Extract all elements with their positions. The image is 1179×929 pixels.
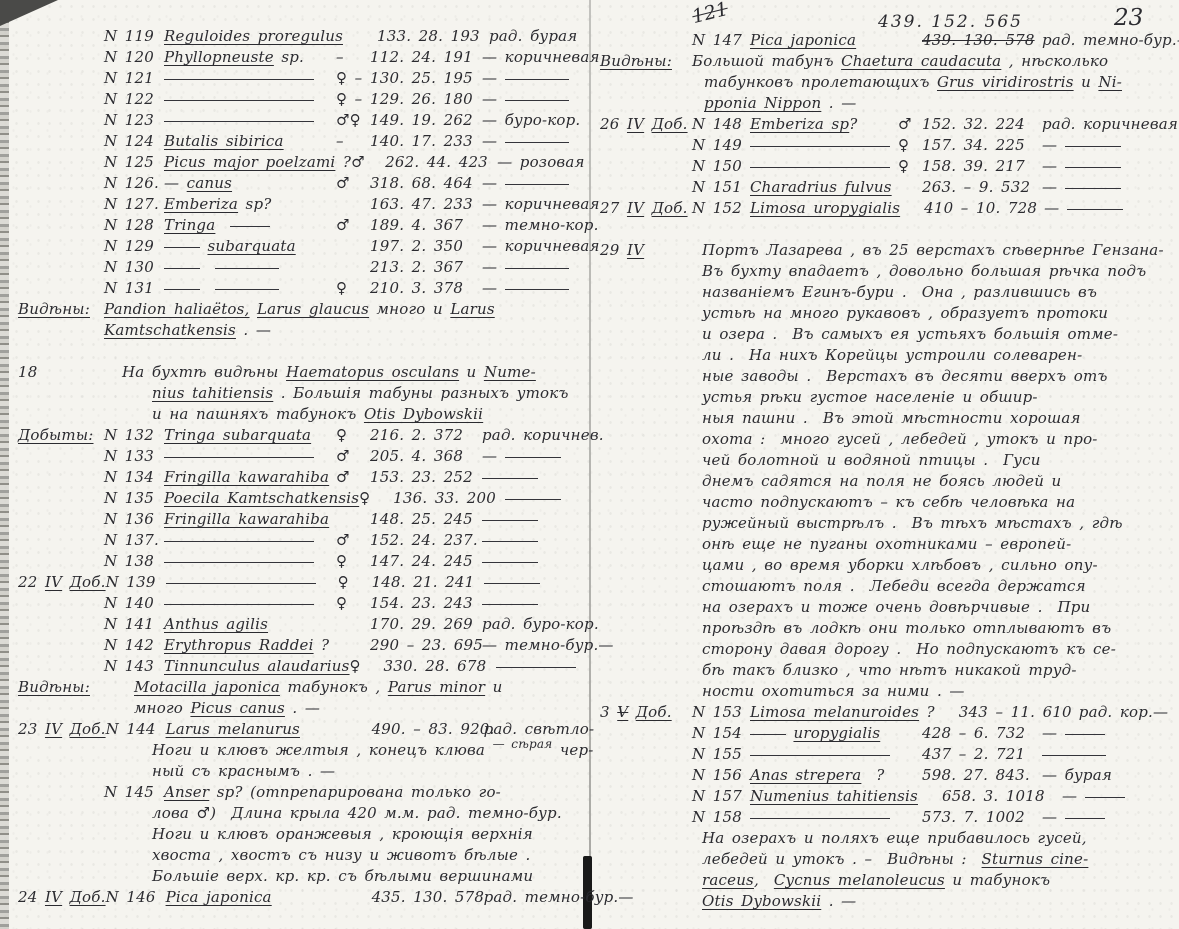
measurements: 290 – 23. 695 [370,635,482,656]
ditto-mark [505,287,569,290]
journal-text: на озерахъ и тоже очень довѣрчивые . При [692,597,1176,618]
ditto-mark [750,732,786,735]
species-name [164,551,336,572]
text-segment: 23 [18,720,45,738]
journal-line: N 150♀158. 39. 217— [598,156,1176,177]
measurements: 263. – 9. 532 [922,177,1042,198]
text-segment: 170. 29. 269 [370,615,473,633]
text-segment: ? [314,636,330,654]
text-segment: 262. 44. 423 [385,153,488,171]
plumage-color-note [482,593,590,614]
specimen-number: N 120 [104,47,164,68]
ditto-mark [164,119,314,122]
sex-symbol: ♀ [336,278,370,299]
underlined-text: Fringilla kawarahiba [164,468,329,486]
text-segment: N 149 [692,136,742,154]
specimen-number: N 151 [692,177,750,198]
text-segment: N 130 [104,258,154,276]
ditto-mark [164,560,314,563]
text-segment: — [482,132,505,150]
journal-line: Большіе верх. кр. кр. съ бѣлыми вершинам… [14,866,590,887]
plumage-color-note [496,656,590,677]
text-segment: ♀ [338,573,349,591]
underlined-text: uropygialis [793,724,880,742]
journal-line: N 142Erythropus Raddei ?290 – 23. 695— т… [14,635,590,656]
journal-text: хвоста , хвостъ съ низу и животъ бѣлые . [104,845,590,866]
text-segment: на озерахъ и тоже очень довѣрчивые . При [702,598,1090,616]
journal-text: и озера . Въ самыхъ ея устьяхъ большія о… [692,324,1176,345]
plumage-color-note: — темно-бур.— [482,635,614,656]
text-segment: табунковъ пролетающихъ [704,73,937,91]
text-segment: лова ♂) Длина крыла 420 м.м. рад. темно-… [152,804,562,822]
text-segment [644,115,651,133]
ditto-mark [1042,753,1106,756]
measurements: 435. 130. 578 [372,887,484,908]
text-segment [644,199,651,217]
text-segment: ? [919,703,935,721]
measurements: 149. 19. 262 [370,110,482,131]
text-segment: охота : много гусей , лебедей , утокъ и … [702,430,1098,448]
text-segment: ♀ [336,279,347,297]
ditto-mark [750,144,890,147]
ditto-mark [1067,207,1123,210]
text-segment [250,300,257,318]
text-segment: 205. 4. 368 [370,447,463,465]
journal-line: чей болотной и водяной птицы . Гуси [598,450,1176,471]
plumage-color-note: — коричневая [482,194,600,215]
plumage-color-note: — [482,173,590,194]
specimen-number: N 147 [692,30,750,51]
underlined-text: Доб. [652,199,688,217]
text-segment: 410 – 10. 728 [924,199,1037,217]
underlined-text: — сѣрая [493,737,553,751]
text-segment: 573. 7. 1002 [922,808,1025,826]
journal-text: устьѣ на много рукавовъ , образуетъ прот… [692,303,1176,324]
journal-text: На бухтѣ видѣны Haematopus osculans и Nu… [104,362,590,383]
text-segment: и озера . Въ самыхъ ея устьяхъ большія о… [702,325,1118,343]
journal-line: ныя пашни . Въ этой мѣстности хорошая [598,408,1176,429]
measurements: 153. 23. 252 [370,467,482,488]
species-name: Charadrius fulvus [750,177,898,198]
journal-line: N 154 uropygialis428 – 6. 732— [598,723,1176,744]
specimen-number: N 138 [104,551,164,572]
plumage-color-note: рад. темно-бур.— [1042,30,1179,51]
journal-text: Въ бухту впадаетъ , довольно большая рѣч… [692,261,1176,282]
journal-line: устья рѣки густое населеніе и обшир- [598,387,1176,408]
ditto-mark [164,539,314,542]
plumage-color-note: рад. бурая [489,26,590,47]
ditto-mark [215,266,279,269]
margin-date-label: 23 IV Доб. [14,719,106,740]
underlined-text: Emberiza sp [750,115,849,133]
underlined-text: V [617,703,628,721]
specimen-number: N 154 [692,723,750,744]
underlined-text: Motacilla japonica [134,678,280,696]
specimen-number: N 150 [692,156,750,177]
specimen-number: N 158 [692,807,750,828]
sex-symbol: ♀ [898,156,922,177]
text-segment: цами , во время уборки хлѣбовъ , сильно … [702,556,1098,574]
text-segment: sp? [238,195,271,213]
measurements: 129. 26. 180 [370,89,482,110]
measurements: 598. 27. 843. [922,765,1042,786]
ditto-mark [505,266,569,269]
ditto-mark [482,560,538,563]
measurements: 189. 4. 367 [370,215,482,236]
journal-line: N 141Anthus agilis170. 29. 269рад. буро-… [14,614,590,635]
journal-line: 27 IV Доб.N 152Limosa uropygialis410 – 1… [598,198,1176,219]
journal-line: N 145Anser sp? (отпрепарирована только г… [14,782,590,803]
journal-line: лебедей и утокъ . – Видѣны : Sturnus cin… [598,849,1176,870]
journal-line: N 137.♂152. 24. 237. [14,530,590,551]
ditto-mark [164,455,314,458]
journal-line: raceus, Cycnus melanoleucus и табунокъ [598,870,1176,891]
specimen-number: N 123 [104,110,164,131]
text-segment: , нѣсколько [1001,52,1108,70]
text-segment: N 154 [692,724,742,742]
text-segment: , [754,871,774,889]
text-segment: — [482,447,505,465]
text-segment: ли . На нихъ Корейцы устроили солеварен- [702,346,1082,364]
text-segment: ♀ – [336,69,362,87]
journal-text: табунковъ пролетающихъ Grus viridirostri… [692,72,1176,93]
text-segment: ♀ [336,594,347,612]
underlined-text: Доб. [652,115,688,133]
text-segment: 216. 2. 372 [370,426,463,444]
text-segment: На бухтѣ видѣны [122,363,286,381]
text-segment: . — [821,892,856,910]
journal-line: N 122♀ –129. 26. 180— [14,89,590,110]
journal-line [598,219,1176,240]
journal-text: бѣ такъ близко , что нѣтъ никакой труд- [692,660,1176,681]
specimen-number: N 140 [104,593,164,614]
measurements: 205. 4. 368 [370,446,482,467]
journal-line: N 121♀ –130. 25. 195— [14,68,590,89]
journal-text: онѣ еще не пуганы охотниками – европей- [692,534,1176,555]
ditto-mark [164,266,200,269]
text-segment: — буро-кор. [482,111,580,129]
text-segment [62,573,69,591]
text-segment: 330. 28. 678 [384,657,487,675]
sex-symbol: ♀ [359,488,393,509]
measurements: 157. 34. 225 [922,135,1042,156]
species-name: Erythropus Raddei ? [164,635,336,656]
right-page: N 147Pica japonica439. 130. 578рад. темн… [598,30,1176,912]
measurements: 148. 21. 241 [372,572,484,593]
species-name: Limosa uropygialis [750,198,900,219]
text-segment: N 156 [692,766,742,784]
journal-line: Видѣны:Pandion haliaëtos, Larus glaucus … [14,299,590,320]
journal-text: днемъ садятся на поля не боясь людей и [692,471,1176,492]
journal-line: N 125Picus major poelzami ?♂262. 44. 423… [14,152,590,173]
ditto-mark [505,455,561,458]
text-segment: 129. 26. 180 [370,90,473,108]
journal-text: сторону давая дорогу . Но подпускаютъ къ… [692,639,1176,660]
underlined-text: IV [45,888,62,906]
underlined-text: IV [627,199,644,217]
text-segment: — [482,174,505,192]
underlined-text: pponia Nippon [704,94,821,112]
text-segment: 263. – 9. 532 [922,178,1030,196]
text-segment [62,888,69,906]
underlined-text: Limosa uropygialis [750,199,900,217]
text-segment: ? [335,153,351,171]
ditto-mark [505,98,569,101]
text-segment: и [485,678,502,696]
text-segment: ныя пашни . Въ этой мѣстности хорошая [702,409,1081,427]
journal-text: часто подпускаютъ – къ себѣ человѣка на [692,492,1176,513]
journal-text: Большіе верх. кр. кр. съ бѣлыми вершинам… [104,866,590,887]
text-segment: — розовая [497,153,585,171]
ditto-mark [484,581,540,584]
ditto-mark [505,182,569,185]
text-segment: — темно-кор. [482,216,599,234]
text-segment: 22 [18,573,45,591]
text-segment: N 141 [104,615,154,633]
species-name [750,156,898,177]
journal-line: N 135Poecila Kamtschatkensis♀136. 33. 20… [14,488,590,509]
underlined-text: Haematopus osculans [286,363,459,381]
underlined-text: Kamtschatkensis [104,321,236,339]
plumage-color-note: — розовая [497,152,590,173]
text-segment: N 136 [104,510,154,528]
sex-symbol: ♀ [336,551,370,572]
text-segment: N 158 [692,808,742,826]
sex-symbol: ♀ – [336,89,370,110]
margin-date-label: 27 IV Доб. [598,198,692,219]
text-segment: ♂ [336,468,350,486]
underlined-text: Poecila Kamtschatkensis [164,489,359,507]
text-segment: N 151 [692,178,742,196]
text-segment [215,216,230,234]
journal-line: N 157Numenius tahitiensis658. 3. 1018— [598,786,1176,807]
specimen-number: N 131 [104,278,164,299]
sex-symbol: ♂♀ [336,110,370,131]
plumage-color-note: — [482,131,590,152]
specimen-number: N 137. [104,530,164,551]
text-segment: ♂ [898,115,912,133]
underlined-text: Доб. [636,703,672,721]
text-segment: 133. 28. 193 [377,27,480,45]
underlined-text: nius tahitiensis [152,384,273,402]
text-segment: рад. свѣтло- [484,720,595,738]
journal-line: онѣ еще не пуганы охотниками – европей- [598,534,1176,555]
specimen-number: N 153 [692,702,750,723]
underlined-text: IV [45,573,62,591]
journal-text: pponia Nippon . — [692,93,1176,114]
ditto-mark [166,581,316,584]
journal-line: хвоста , хвостъ съ низу и животъ бѣлые . [14,845,590,866]
journal-text: ли . На нихъ Корейцы устроили солеварен- [692,345,1176,366]
text-segment: . — [821,94,856,112]
journal-line: N 140♀154. 23. 243 [14,593,590,614]
measurements: 130. 25. 195 [370,68,482,89]
text-segment: N 144 [106,720,156,738]
journal-text: Ноги и клювъ желтыя , конецъ клюва — сѣр… [104,740,594,762]
journal-text: Большой табунъ Chaetura caudacuta , нѣск… [692,51,1176,72]
text-segment: чей болотной и водяной птицы . Гуси [702,451,1041,469]
journal-line: N 156Anas strepera ?598. 27. 843.— бурая [598,765,1176,786]
journal-text: raceus, Cycnus melanoleucus и табунокъ [692,870,1176,891]
species-name: uropygialis [750,723,898,744]
text-segment: устья рѣки густое населеніе и обшир- [702,388,1038,406]
sex-symbol: ♂ [336,215,370,236]
specimen-number: N 157 [692,786,750,807]
journal-line: 24 IV Доб.N 146Pica japonica435. 130. 57… [14,887,590,908]
ditto-mark [505,140,569,143]
text-segment: рад. бурая [489,27,577,45]
measurements: 213. 2. 367 [370,257,482,278]
margin-date-label: Добыты: [14,425,104,446]
journal-line: N 128Tringa ♂189. 4. 367— темно-кор. [14,215,590,236]
specimen-number: N 149 [692,135,750,156]
scan-left-edge [0,0,9,929]
sex-symbol: ♂ [351,152,385,173]
plumage-color-note [482,551,590,572]
text-segment: N 140 [104,594,154,612]
text-segment: и [459,363,484,381]
species-name [164,110,336,131]
journal-line: N 130 213. 2. 367— [14,257,590,278]
underlined-text: Picus major poelzami [164,153,335,171]
journal-text: названіемъ Егинъ-бури . Она , разлившись… [692,282,1176,303]
species-name [750,744,898,765]
text-segment: N 157 [692,787,742,805]
text-segment: 3 [600,703,617,721]
text-segment: хвоста , хвостъ съ низу и животъ бѣлые . [152,846,531,864]
text-segment: N 153 [692,703,742,721]
species-name: Limosa melanuroides ? [750,702,935,723]
underlined-text: Charadrius fulvus [750,178,892,196]
sex-symbol: ♂ [336,530,370,551]
journal-line: N 151Charadrius fulvus263. – 9. 532— [598,177,1176,198]
text-segment: ные заводы . Верстахъ въ десяти вверхъ о… [702,367,1108,385]
journal-line: N 133♂205. 4. 368— [14,446,590,467]
text-segment: N 152 [692,199,742,217]
species-name: Numenius tahitiensis [750,786,918,807]
journal-line: Kamtschatkensis . — [14,320,590,341]
underlined-text: Pica japonica [750,31,856,49]
journal-line: охота : много гусей , лебедей , утокъ и … [598,429,1176,450]
specimen-number: N 122 [104,89,164,110]
journal-text: чей болотной и водяной птицы . Гуси [692,450,1176,471]
margin-date-label: Видѣны: [14,299,104,320]
species-name: Emberiza sp? [164,194,336,215]
specimen-number: N 139 [106,572,166,593]
ditto-mark [505,497,561,500]
ditto-mark [164,287,200,290]
journal-line: pponia Nippon . — [598,93,1176,114]
underlined-text: Fringilla kawarahiba [164,510,329,528]
underlined-text: Numenius tahitiensis [750,787,918,805]
journal-line: N 123♂♀149. 19. 262— буро-кор. [14,110,590,131]
text-segment: N 124 [104,132,154,150]
species-name: Pica japonica [750,30,898,51]
species-name: Phyllopneuste sp. [164,47,336,68]
text-segment: 439. 130. 578 [922,31,1035,49]
text-segment: 437 – 2. 721 [922,745,1025,763]
journal-text: охота : много гусей , лебедей , утокъ и … [692,429,1176,450]
species-name [164,278,336,299]
measurements: 147. 24. 245 [370,551,482,572]
underlined-text: Добыты: [18,426,94,444]
plumage-color-note: — [482,89,590,110]
plumage-color-note [505,488,590,509]
underlined-text: Anser [164,783,209,801]
text-segment: 213. 2. 367 [370,258,463,276]
measurements: 136. 33. 200 [393,488,505,509]
underlined-text: Erythropus Raddei [164,636,314,654]
left-page: N 119Reguloides proregulus133. 28. 193ра… [14,26,590,908]
species-name [750,807,898,828]
measurements: 428 – 6. 732 [922,723,1042,744]
measurements: 262. 44. 423 [385,152,497,173]
text-segment: чер- [552,741,593,759]
text-segment: N 142 [104,636,154,654]
text-segment: ♂♀ [336,111,361,129]
plumage-color-note [484,572,590,593]
measurements: 140. 17. 233 [370,131,482,152]
text-segment: 658. 3. 1018 [942,787,1045,805]
journal-line: N 155437 – 2. 721 [598,744,1176,765]
specimen-number: N 134 [104,467,164,488]
text-segment: ♂ [336,531,350,549]
text-segment: 598. 27. 843. [922,766,1030,784]
species-name [164,68,336,89]
underlined-text: Tringa [164,216,215,234]
specimen-number: N 135 [104,488,164,509]
text-segment: и на пашняхъ табунокъ [152,405,364,423]
plumage-color-note: — буро-кор. [482,110,590,131]
sex-symbol: ♀ [898,135,922,156]
ditto-mark [164,77,314,80]
measurements: 197. 2. 350 [370,236,482,257]
text-segment: 428 – 6. 732 [922,724,1025,742]
specimen-number: N 144 [106,719,166,740]
measurements: 490. – 83. 920. [372,719,484,740]
plumage-color-note [482,509,590,530]
specimen-number: N 129 [104,236,164,257]
journal-line: N 138♀147. 24. 245 [14,551,590,572]
underlined-text: Доб. [70,888,106,906]
journal-line: Ноги и клювъ желтыя , конецъ клюва — сѣр… [14,740,590,761]
specimen-number: N 155 [692,744,750,765]
text-segment: 136. 33. 200 [393,489,496,507]
text-segment: – [336,48,344,66]
text-segment: 24 [18,888,45,906]
measurements: 330. 28. 678 [384,656,496,677]
journal-text: цами , во время уборки хлѣбовъ , сильно … [692,555,1176,576]
text-segment: N 150 [692,157,742,175]
text-segment: ? [849,115,865,133]
journal-line: цами , во время уборки хлѣбовъ , сильно … [598,555,1176,576]
journal-line: ный съ краснымъ . — [14,761,590,782]
underlined-text: Sturnus cine- [982,850,1089,868]
journal-text: устья рѣки густое населеніе и обшир- [692,387,1176,408]
journal-text: лова ♂) Длина крыла 420 м.м. рад. темно-… [104,803,590,824]
species-name: Larus melanurus [166,719,338,740]
text-segment: сторону давая дорогу . Но подпускаютъ къ… [702,640,1116,658]
journal-line: N 127.Emberiza sp?163. 47. 233— коричнев… [14,194,590,215]
plumage-color-note: — [482,257,590,278]
underlined-text: IV [45,720,62,738]
text-segment: Ноги и клювъ желтыя , конецъ клюва [152,741,493,759]
plumage-color-note: — коричневая [482,236,600,257]
text-segment: онѣ еще не пуганы охотниками – европей- [702,535,1071,553]
sex-symbol: ♀ [338,572,372,593]
measurements: 133. 28. 193 [377,26,489,47]
text-segment: N 138 [104,552,154,570]
